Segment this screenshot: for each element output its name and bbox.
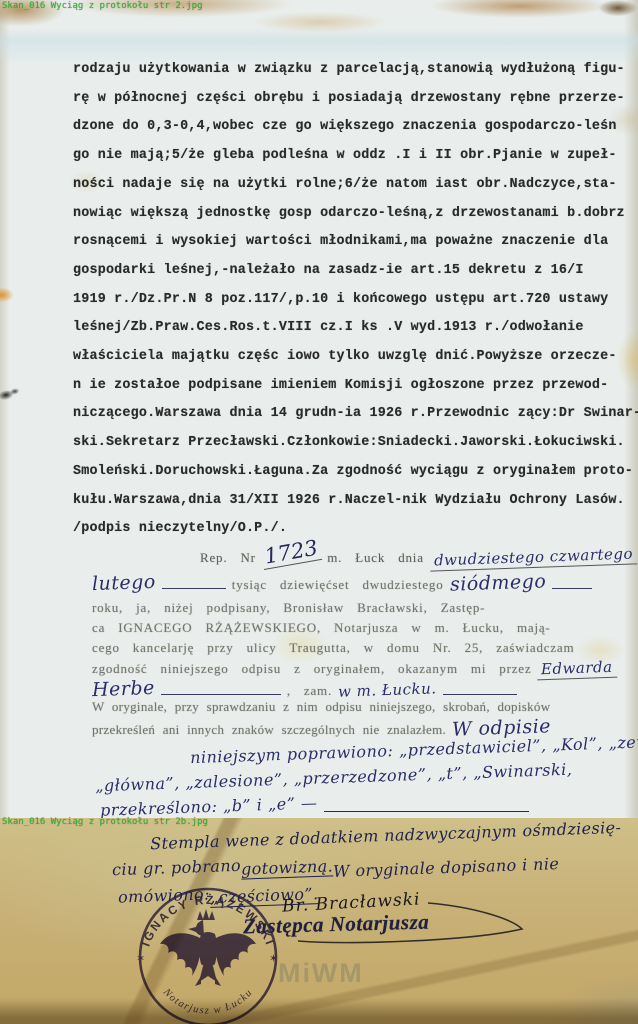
typed-line: n ie zostałoe podpisane imieniem Komisji… xyxy=(73,372,635,401)
closing-line xyxy=(324,795,529,812)
form-body-row: roku, ja, niżej podpisany, Bronisław Bra… xyxy=(92,600,485,616)
seal-title-text: Notarjusz w Łucku xyxy=(160,986,255,1016)
typed-line: gospodarki leśnej,-należało na zasadz-ie… xyxy=(73,257,635,286)
blank-line xyxy=(162,572,226,589)
year-suffix-handwritten: siódmego xyxy=(449,570,546,595)
shown-by-surname-handwritten: Herbe xyxy=(92,677,156,701)
blank-line xyxy=(443,678,517,695)
scan-filename-label-top: Skan_016 Wyciąg z protokołu str 2.jpg xyxy=(2,1,202,11)
corrections-row: „główna”, „zalesione”, „przerzedzone”, „… xyxy=(95,768,572,787)
rep-label: Rep. Nr xyxy=(200,550,256,566)
shown-by-surname-row: Herbe , zam. w m. Łucku. xyxy=(92,678,517,700)
verification-row: przekreśleń ani innych znaków szczególny… xyxy=(92,717,551,739)
form-body-line4: zgodność niniejszego odpisu z oryginałem… xyxy=(92,661,531,677)
typed-line: rosnącemi i wysokiej wartości młodnikami… xyxy=(73,228,635,257)
fee-line2b-handwritten: gotowizną. xyxy=(241,856,334,879)
typed-line: właściciela majątku częśc iowo tylko uwz… xyxy=(73,343,635,372)
corrections-line3-handwritten: przekreślono: „b” i „e” — xyxy=(100,793,318,820)
place-label: m. Łuck dnia xyxy=(327,550,424,566)
seal-left-star-icon: ✶ xyxy=(136,953,145,965)
ink-blot xyxy=(0,383,23,405)
watermark: MWiM xyxy=(276,958,362,989)
blank-line xyxy=(161,678,281,695)
typed-line: Smoleński.Doruchowski.Łaguna.Za zgodność… xyxy=(73,458,635,487)
verification-line1: W oryginale, przy sprawdzaniu z nim odpi… xyxy=(92,699,550,715)
verification-line2: przekreśleń ani innych znaków szczególny… xyxy=(92,722,446,738)
blank-line xyxy=(552,572,592,589)
fee-line2c-handwritten: W oryginale dopisano i nie xyxy=(333,854,560,881)
typed-line: kułu.Warszawa,dnia 31/XII 1926 r.Naczel-… xyxy=(73,487,635,516)
corrections-row: niniejszym poprawiono: „przedstawiciel”,… xyxy=(190,740,638,759)
scan-filename-label-bottom: Skan_016 Wyciąg z protokołu str 2b.jpg xyxy=(2,817,208,827)
shown-by-first-name-handwritten: Edwarda xyxy=(537,658,617,681)
form-body-line1: roku, ja, niżej podpisany, Bronisław Bra… xyxy=(92,600,485,616)
typed-line: niczącego.Warszawa dnia 14 grudn-ia 1926… xyxy=(73,400,635,429)
date-day-handwritten: dwudziestego czwartego xyxy=(429,544,637,571)
shown-by-row: zgodność niniejszego odpisu z oryginałem… xyxy=(92,659,617,679)
verification-row: W oryginale, przy sprawdzaniu z nim odpi… xyxy=(92,699,550,715)
form-body-line3: cego kancelarję przy ulicy Traugutta, w … xyxy=(92,640,574,656)
typed-line: dzone do 0,3-0,4,wobec cze go większego … xyxy=(73,113,635,142)
form-body-row: cego kancelarję przy ulicy Traugutta, w … xyxy=(92,640,574,656)
residence-handwritten: w m. Łucku. xyxy=(338,679,437,700)
fee-row: Stempla wene z dodatkiem nadzwyczajnym o… xyxy=(150,826,621,845)
scanned-notarial-document: Skan_016 Wyciąg z protokołu str 2.jpg Sk… xyxy=(0,0,638,1024)
typed-line: rę w północnej części obrębu i posiadają… xyxy=(73,85,635,114)
form-body-line2: ca IGNACEGO RŻĄŻEWSKIEGO, Notarjusza w m… xyxy=(92,620,551,636)
corrections-row: przekreślono: „b” i „e” — xyxy=(100,795,529,816)
fee-line2a-handwritten: ciu gr. pobrano xyxy=(112,856,242,879)
typed-line: rodzaju użytkowania w związku z parcelac… xyxy=(73,56,635,85)
year-print: tysiąc dziewięćset dwudziestego xyxy=(232,577,444,593)
typed-line: 1919 r./Dz.Pr.N 8 poz.117/,p.10 i końcow… xyxy=(73,286,635,315)
fee-line3a-handwritten: omówiono: xyxy=(118,884,210,906)
typed-line: ności nadaje się na użytki rolne;6/że na… xyxy=(73,171,635,200)
residence-print: , zam. xyxy=(287,683,332,699)
date-month-handwritten: lutego xyxy=(92,571,157,595)
typed-line: nowiąc większą jednostkę gosp odarczo-le… xyxy=(73,200,635,229)
typed-line: /podpis nieczytelny/O.P./. xyxy=(73,515,635,544)
form-body-row: ca IGNACEGO RŻĄŻEWSKIEGO, Notarjusza w m… xyxy=(92,620,551,636)
fee-row: ciu gr. pobrano gotowizną. W oryginale d… xyxy=(112,858,559,878)
typed-line: leśnej/Zb.Praw.Ces.Ros.t.VIII cz.I ks .V… xyxy=(73,314,635,343)
rep-number-row: Rep. Nr 1723 m. Łuck dnia dwudziestego c… xyxy=(200,543,638,568)
typed-line: go nie mają;5/że gleba podleśna w oddz .… xyxy=(73,142,635,171)
typed-protocol-text: rodzaju użytkowania w związku z parcelac… xyxy=(73,56,635,544)
date-row: lutego tysiąc dziewięćset dwudziestego s… xyxy=(92,572,592,594)
signer-title-stamp-text: Zastępca Notarjusza xyxy=(243,910,430,940)
polish-eagle-icon xyxy=(160,909,256,986)
typed-line: ski.Sekretarz Przecławski.Członkowie:Sni… xyxy=(73,429,635,458)
corrections-line2-handwritten: „główna”, „zalesione”, „przerzedzone”, „… xyxy=(95,760,573,796)
